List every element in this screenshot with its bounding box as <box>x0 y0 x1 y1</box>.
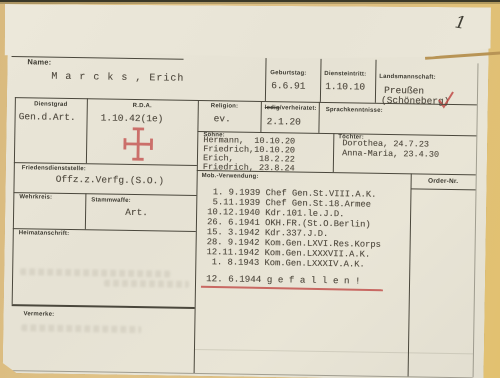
overlapping-sheet: 1 <box>5 4 491 61</box>
friedensdienststelle-label: Friedensdienststelle: <box>22 165 86 173</box>
verheiratet-value: 2.1.20 <box>266 117 300 128</box>
verheiratet-label-text: /verheiratet: <box>280 105 317 112</box>
dienstgrad-label: Dienstgrad <box>15 101 87 109</box>
divider-line <box>260 101 261 132</box>
order-nr-label: Order-Nr. <box>411 177 476 185</box>
red-memorial-cross-icon <box>120 126 157 163</box>
landsmannschaft-label: Landsmannschaft: <box>379 74 436 82</box>
divider-line <box>408 173 412 376</box>
divider-line <box>11 370 473 378</box>
scan-edge-shadow <box>0 2 500 4</box>
divider-line <box>85 193 87 229</box>
geburtstag-value: 6.6.91 <box>271 81 305 92</box>
rda-label: R.D.A. <box>87 102 198 111</box>
geburtstag-label: Geburtstag: <box>270 70 306 78</box>
red-checkmark-icon <box>437 91 455 109</box>
gefallen-entry: 12. 6.1944 g e f a l l e n ! <box>206 274 361 286</box>
toechter-entry: Anna-Maria, 23.4.30 <box>342 149 439 160</box>
friedensdienststelle-value: Offz.z.Verfg.(S.O.) <box>56 175 164 187</box>
mob-verwendung-label: Mob.-Verwendung: <box>202 173 259 181</box>
divider-line <box>411 188 476 190</box>
bleedthrough-smudge <box>104 280 189 288</box>
religion-value: ev. <box>214 114 231 124</box>
divider-line <box>333 133 335 172</box>
dienstgrad-value: Gen.d.Art. <box>19 112 76 123</box>
name-value: M a r c k s , Erich <box>51 73 184 85</box>
sprachkenntnisse-label: Sprachkenntnisse: <box>326 107 383 115</box>
verheiratet-label: ledig/verheiratet: <box>265 105 317 113</box>
divider-line <box>12 304 195 309</box>
wehrkreis-label: Wehrkreis: <box>19 194 52 202</box>
heimatanschrift-label: Heimatanschrift: <box>19 230 70 238</box>
scanned-personnel-card: Name: M a r c k s , Erich Geburtstag: 6.… <box>0 0 500 378</box>
vermerke-label: Vermerke: <box>23 311 54 318</box>
divider-line <box>320 59 322 102</box>
name-label: Name: <box>27 58 51 66</box>
mob-entry: 1. 8.1943 Kom.Gen.LXXXIV.A.K. <box>206 258 380 271</box>
ledig-label-struck: ledig <box>265 105 280 111</box>
bleedthrough-smudge <box>21 324 141 333</box>
page-number: 1 <box>453 12 467 34</box>
divider-line <box>318 102 319 133</box>
bleedthrough-smudge <box>20 268 170 277</box>
divider-line <box>375 60 377 103</box>
rda-value: 1.10.42(1e) <box>101 113 164 124</box>
stammwaffe-label: Stammwaffe: <box>91 197 131 205</box>
divider-line <box>194 100 199 373</box>
divider-line <box>12 97 16 304</box>
personnel-card-front: Name: M a r c k s , Erich Geburtstag: 6.… <box>3 28 489 378</box>
diensteintritt-label: Diensteintritt: <box>324 71 366 79</box>
religion-label: Religion: <box>211 103 239 110</box>
divider-line <box>265 58 267 101</box>
divider-line <box>473 63 479 377</box>
stammwaffe-value: Art. <box>125 208 148 218</box>
paper-crease <box>194 349 473 354</box>
diensteintritt-value: 1.10.10 <box>325 82 365 93</box>
mob-verwendung-list: 1. 9.1939 Chef Gen.St.VIII.A.K. 5.11.193… <box>206 188 381 271</box>
